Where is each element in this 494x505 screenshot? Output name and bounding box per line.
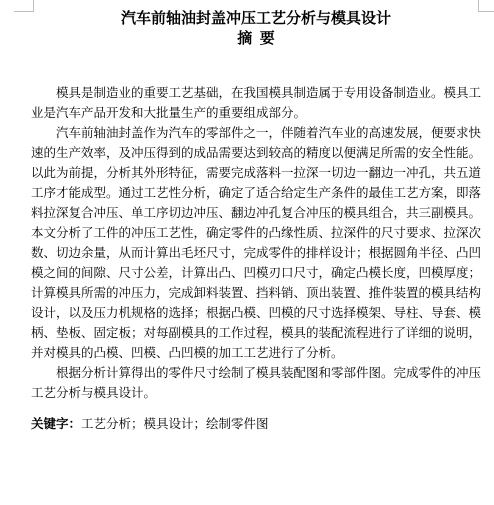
keywords-text: 工艺分析；模具设计；绘制零件图	[81, 417, 269, 431]
abstract-paragraph-2: 汽车前轴油封盖作为汽车的零部件之一，伴随着汽车业的高速发展，便要求快速的生产效率…	[31, 123, 481, 363]
abstract-body: 模具是制造业的重要工艺基础，在我国模具制造属于专用设备制造业。模具工业是汽车产品…	[31, 83, 481, 403]
abstract-paragraph-3: 根据分析计算得出的零件尺寸绘制了模具装配图和零部件图。完成零件的冲压工艺分析与模…	[31, 363, 481, 403]
abstract-paragraph-1: 模具是制造业的重要工艺基础，在我国模具制造属于专用设备制造业。模具工业是汽车产品…	[31, 83, 481, 123]
keywords-label: 关键字：	[31, 417, 81, 431]
abstract-heading: 摘 要	[31, 29, 481, 49]
document-page: { "page": { "background": "#ffffff", "te…	[0, 0, 494, 505]
page-content: 汽车前轴油封盖冲压工艺分析与模具设计 摘 要 模具是制造业的重要工艺基础，在我国…	[31, 9, 481, 434]
keywords-line: 关键字：工艺分析；模具设计；绘制零件图	[31, 414, 481, 434]
document-title: 汽车前轴油封盖冲压工艺分析与模具设计	[31, 9, 481, 29]
